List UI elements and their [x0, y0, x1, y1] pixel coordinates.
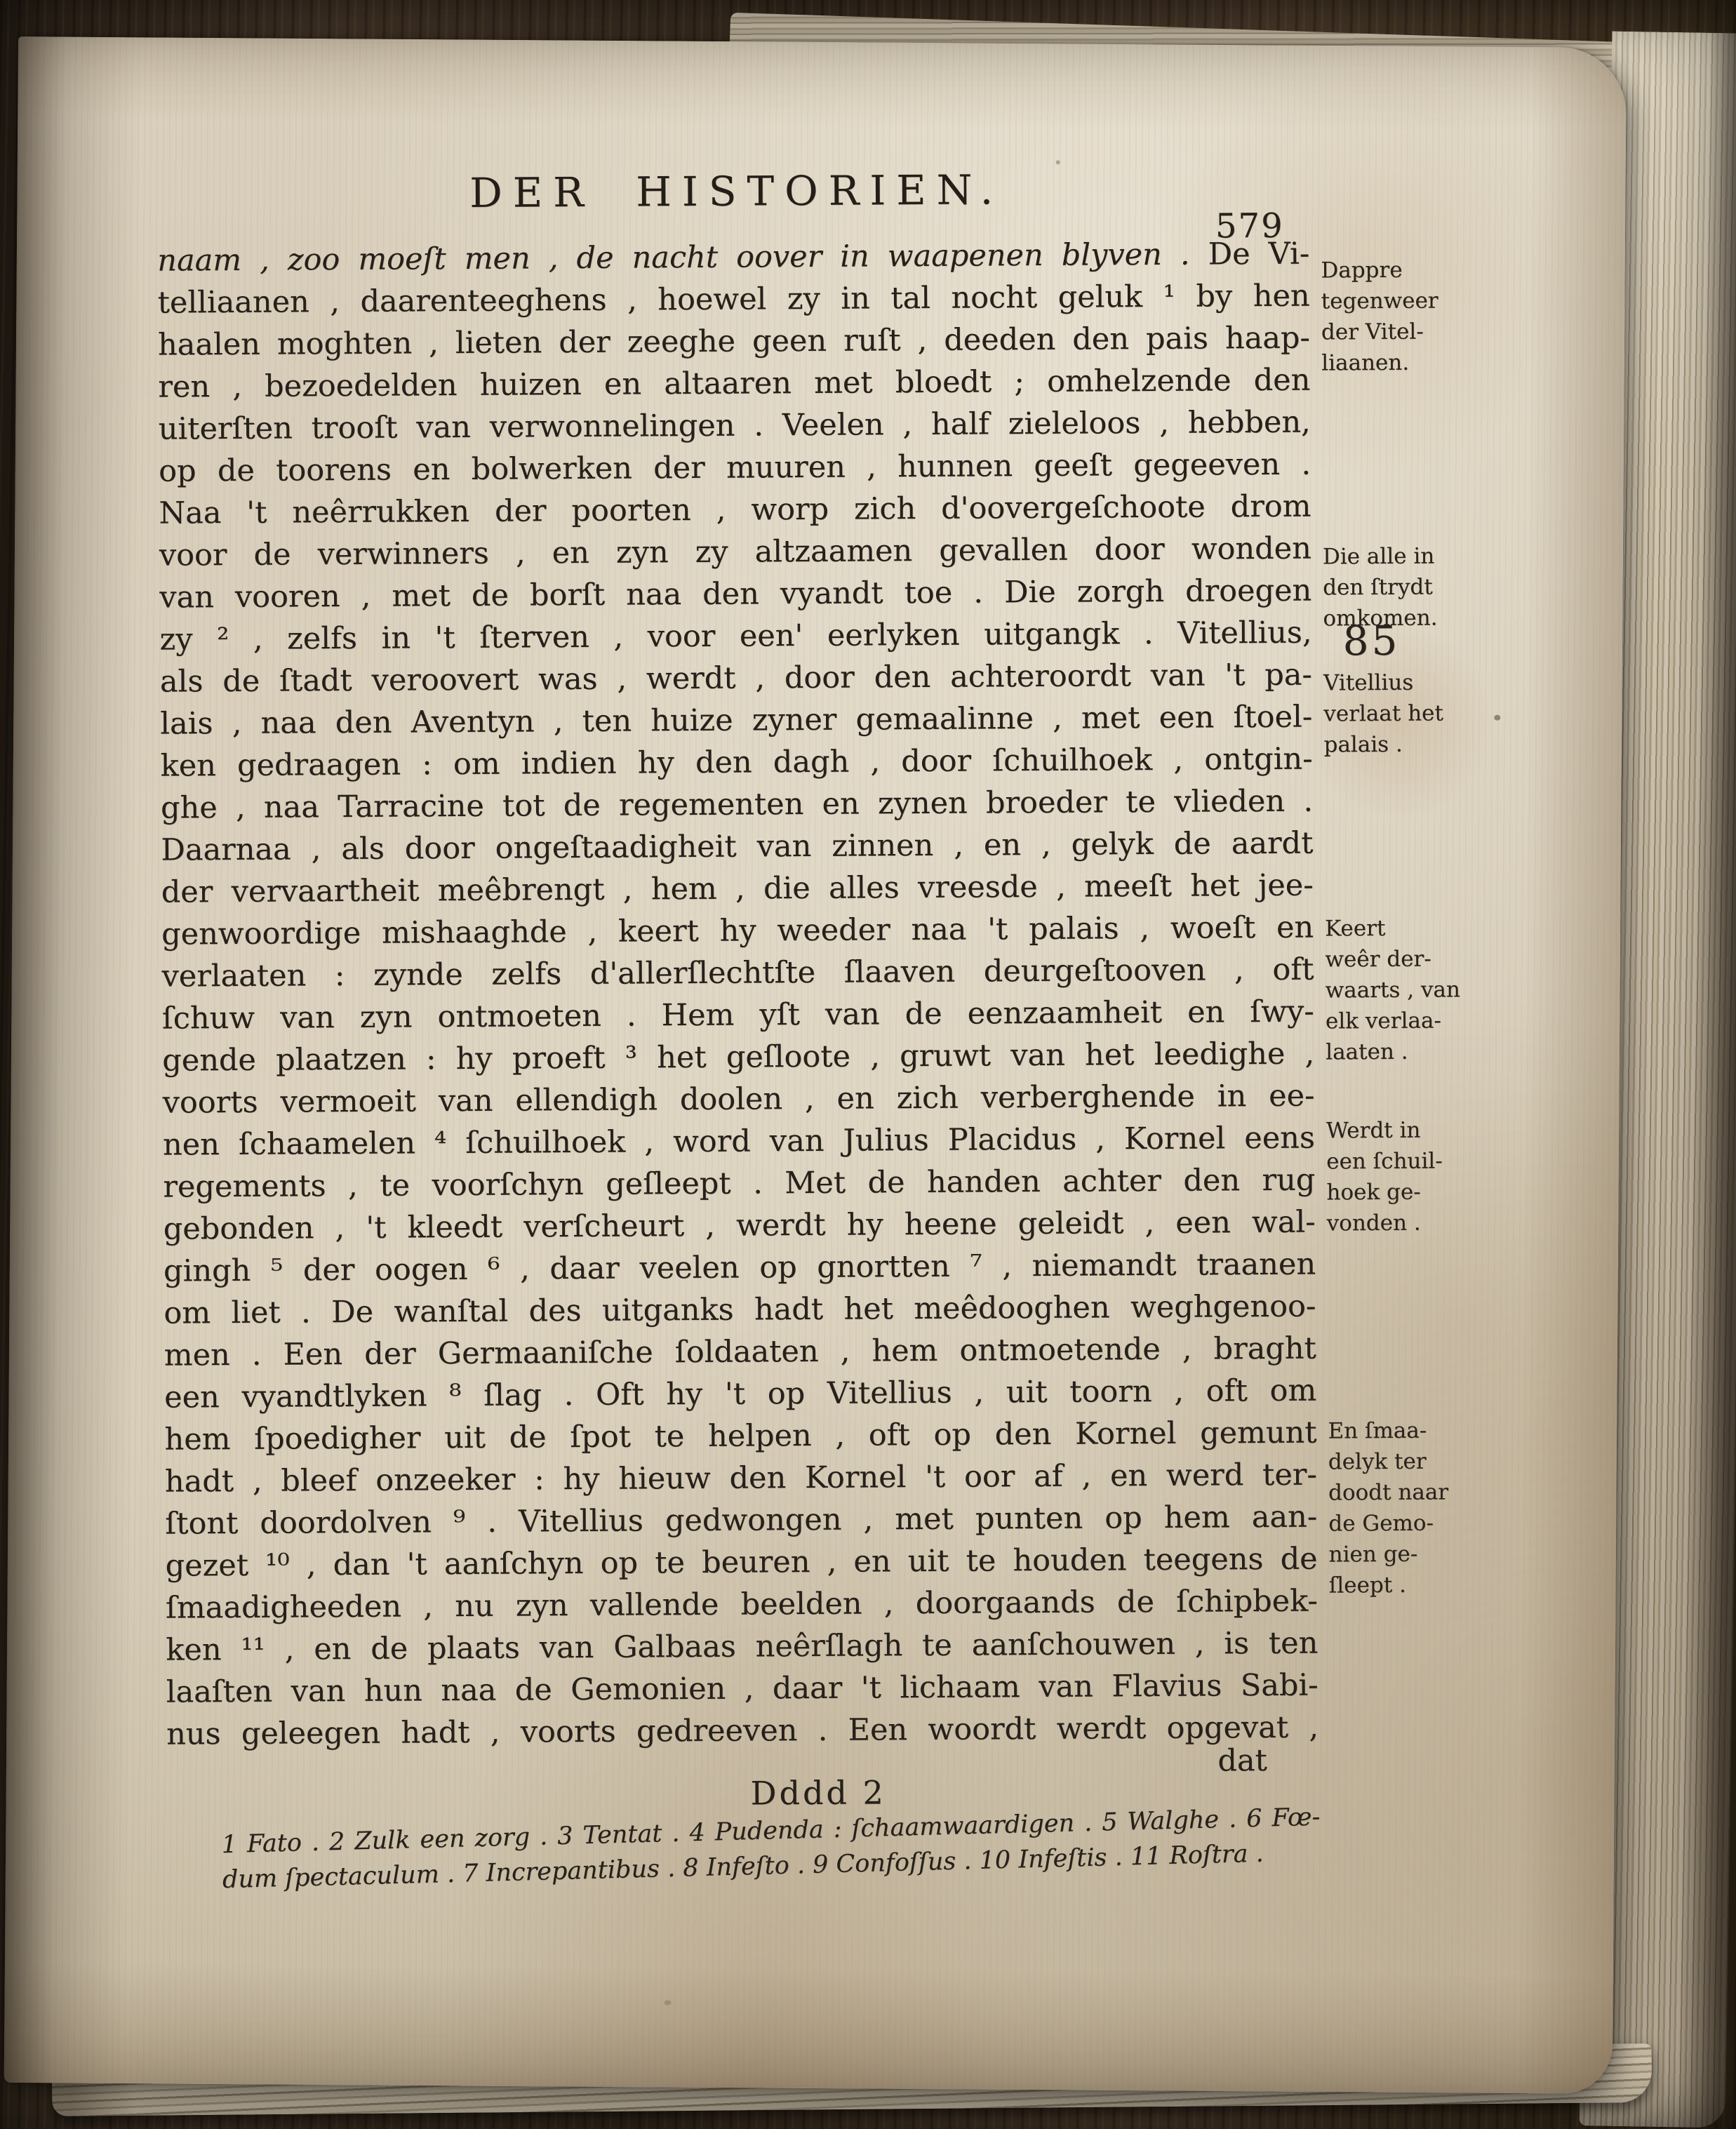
catchword: dat	[1217, 1743, 1267, 1778]
text-line: voor de verwinners , en zyn zy altzaamen…	[159, 528, 1311, 577]
text-line: men . Een der Germaaniſche ſoldaaten , h…	[164, 1328, 1316, 1377]
text-line: ken ¹¹ , en de plaats van Galbaas neêrſl…	[166, 1622, 1318, 1671]
foxing-speck	[664, 2000, 671, 2005]
body-lines: telliaanen , daarenteeghens , hoewel zy …	[157, 275, 1318, 1756]
roman-line-end: De Vi-	[1208, 236, 1310, 272]
text-line: ren , bezoedelden huizen en altaaren met…	[158, 359, 1310, 408]
footnotes-block: 1 Fato . 2 Zulk een zorg . 3 Tentat . 4 …	[221, 1800, 1321, 1898]
running-header-title: DER HISTORIEN.	[358, 165, 1116, 218]
text-line: voorts vermoeit van ellendigh doolen , e…	[162, 1075, 1314, 1124]
text-line: als de ſtadt veroovert was , werdt , doo…	[160, 654, 1312, 703]
text-line: nen ſchaamelen ⁴ ſchuilhoek , word van J…	[163, 1117, 1315, 1166]
margin-note-schuilhoek: Werdt in een ſchuil- hoek ge- vonden .	[1326, 1114, 1558, 1239]
text-line: ken gedraagen : om indien hy den dagh , …	[161, 738, 1313, 787]
text-line: om liet . De wanſtal des uitganks hadt h…	[163, 1286, 1316, 1335]
text-line: verlaaten : zynde zelfs d'allerſlechtſte…	[161, 949, 1314, 998]
text-line: hem ſpoedigher uit de ſpot te helpen , o…	[164, 1412, 1316, 1461]
printed-text-layer: DER HISTORIEN. 579 naam , zoo moeſt men …	[6, 37, 1627, 2093]
italic-opening-phrase: naam , zoo moeſt men , de nacht oover in…	[157, 237, 1190, 279]
text-line: regements , te voorſchyn geſleept . Met …	[163, 1159, 1315, 1208]
margin-note-keert-weer: Keert weêr der- waarts , van elk verlaa-…	[1325, 912, 1557, 1068]
text-line: naam , zoo moeſt men , de nacht oover in…	[157, 233, 1309, 282]
text-line: der vervaartheit meêbrengt , hem , die a…	[161, 865, 1314, 914]
text-line: een vyandtlyken ⁸ ſlag . Oft hy 't op Vi…	[164, 1370, 1316, 1419]
text-line: Naa 't neêrrukken der poorten , worp zic…	[159, 486, 1311, 535]
margin-note-palais: Vitellius verlaat het palais .	[1323, 667, 1556, 761]
text-line: ſchuw van zyn ontmoeten . Hem yſt van de…	[162, 991, 1314, 1040]
text-line: uiterſten trooſt van verwonnelingen . Ve…	[159, 401, 1311, 451]
margin-note-gemonien: En ſmaa- delyk ter doodt naar de Gemo- n…	[1328, 1415, 1561, 1601]
text-line: hadt , bleef onzeeker : hy hieuw den Kor…	[165, 1454, 1317, 1503]
text-line: haalen moghten , lieten der zeeghe geen …	[158, 317, 1310, 366]
foxing-speck	[1494, 715, 1500, 721]
text-line: Daarnaa , als door ongeſtaadigheit van z…	[161, 822, 1313, 872]
foxing-speck	[1056, 160, 1060, 164]
margin-note-tegenweer: Dappre tegenweer der Vitel- liaanen.	[1321, 254, 1553, 379]
text-line: op de toorens en bolwerken der muuren , …	[159, 443, 1311, 493]
text-line: van vooren , met de borſt naa den vyandt…	[159, 570, 1311, 619]
text-line: laaſten van hun naa de Gemonien , daar '…	[166, 1664, 1318, 1714]
signature-mark: Dddd 2	[750, 1773, 886, 1812]
text-line: lais , naa den Aventyn , ten huize zyner…	[160, 696, 1312, 745]
text-line: telliaanen , daarenteeghens , hoewel zy …	[157, 275, 1309, 324]
text-line: gezet ¹⁰ , dan 't aanſchyn op te beuren …	[165, 1538, 1317, 1587]
body-text-block: naam , zoo moeſt men , de nacht oover in…	[157, 233, 1318, 1756]
text-line: gende plaatzen : hy proeft ³ het geſloot…	[162, 1033, 1314, 1082]
text-line: ghe , naa Tarracine tot de regementen en…	[161, 780, 1313, 829]
text-line: ſmaadigheeden , nu zyn vallende beelden …	[166, 1580, 1318, 1629]
section-number: 85	[1342, 617, 1574, 663]
text-line: gebonden , 't kleedt verſcheurt , werdt …	[163, 1201, 1316, 1250]
text-line: nus geleegen hadt , voorts gedreeven . E…	[166, 1707, 1318, 1756]
book-page: DER HISTORIEN. 579 naam , zoo moeſt men …	[4, 36, 1627, 2094]
text-line: gingh ⁵ der oogen ⁶ , daar veelen op gno…	[163, 1243, 1316, 1293]
photo-of-open-book-on-wood-table: DER HISTORIEN. 579 naam , zoo moeſt men …	[0, 0, 1736, 2129]
text-line: zy ² , zelfs in 't ſterven , voor een' e…	[159, 612, 1311, 661]
text-line: genwoordige mishaaghde , keert hy weeder…	[161, 907, 1314, 956]
text-line: ſtont doordolven ⁹ . Vitellius gedwongen…	[165, 1496, 1317, 1545]
